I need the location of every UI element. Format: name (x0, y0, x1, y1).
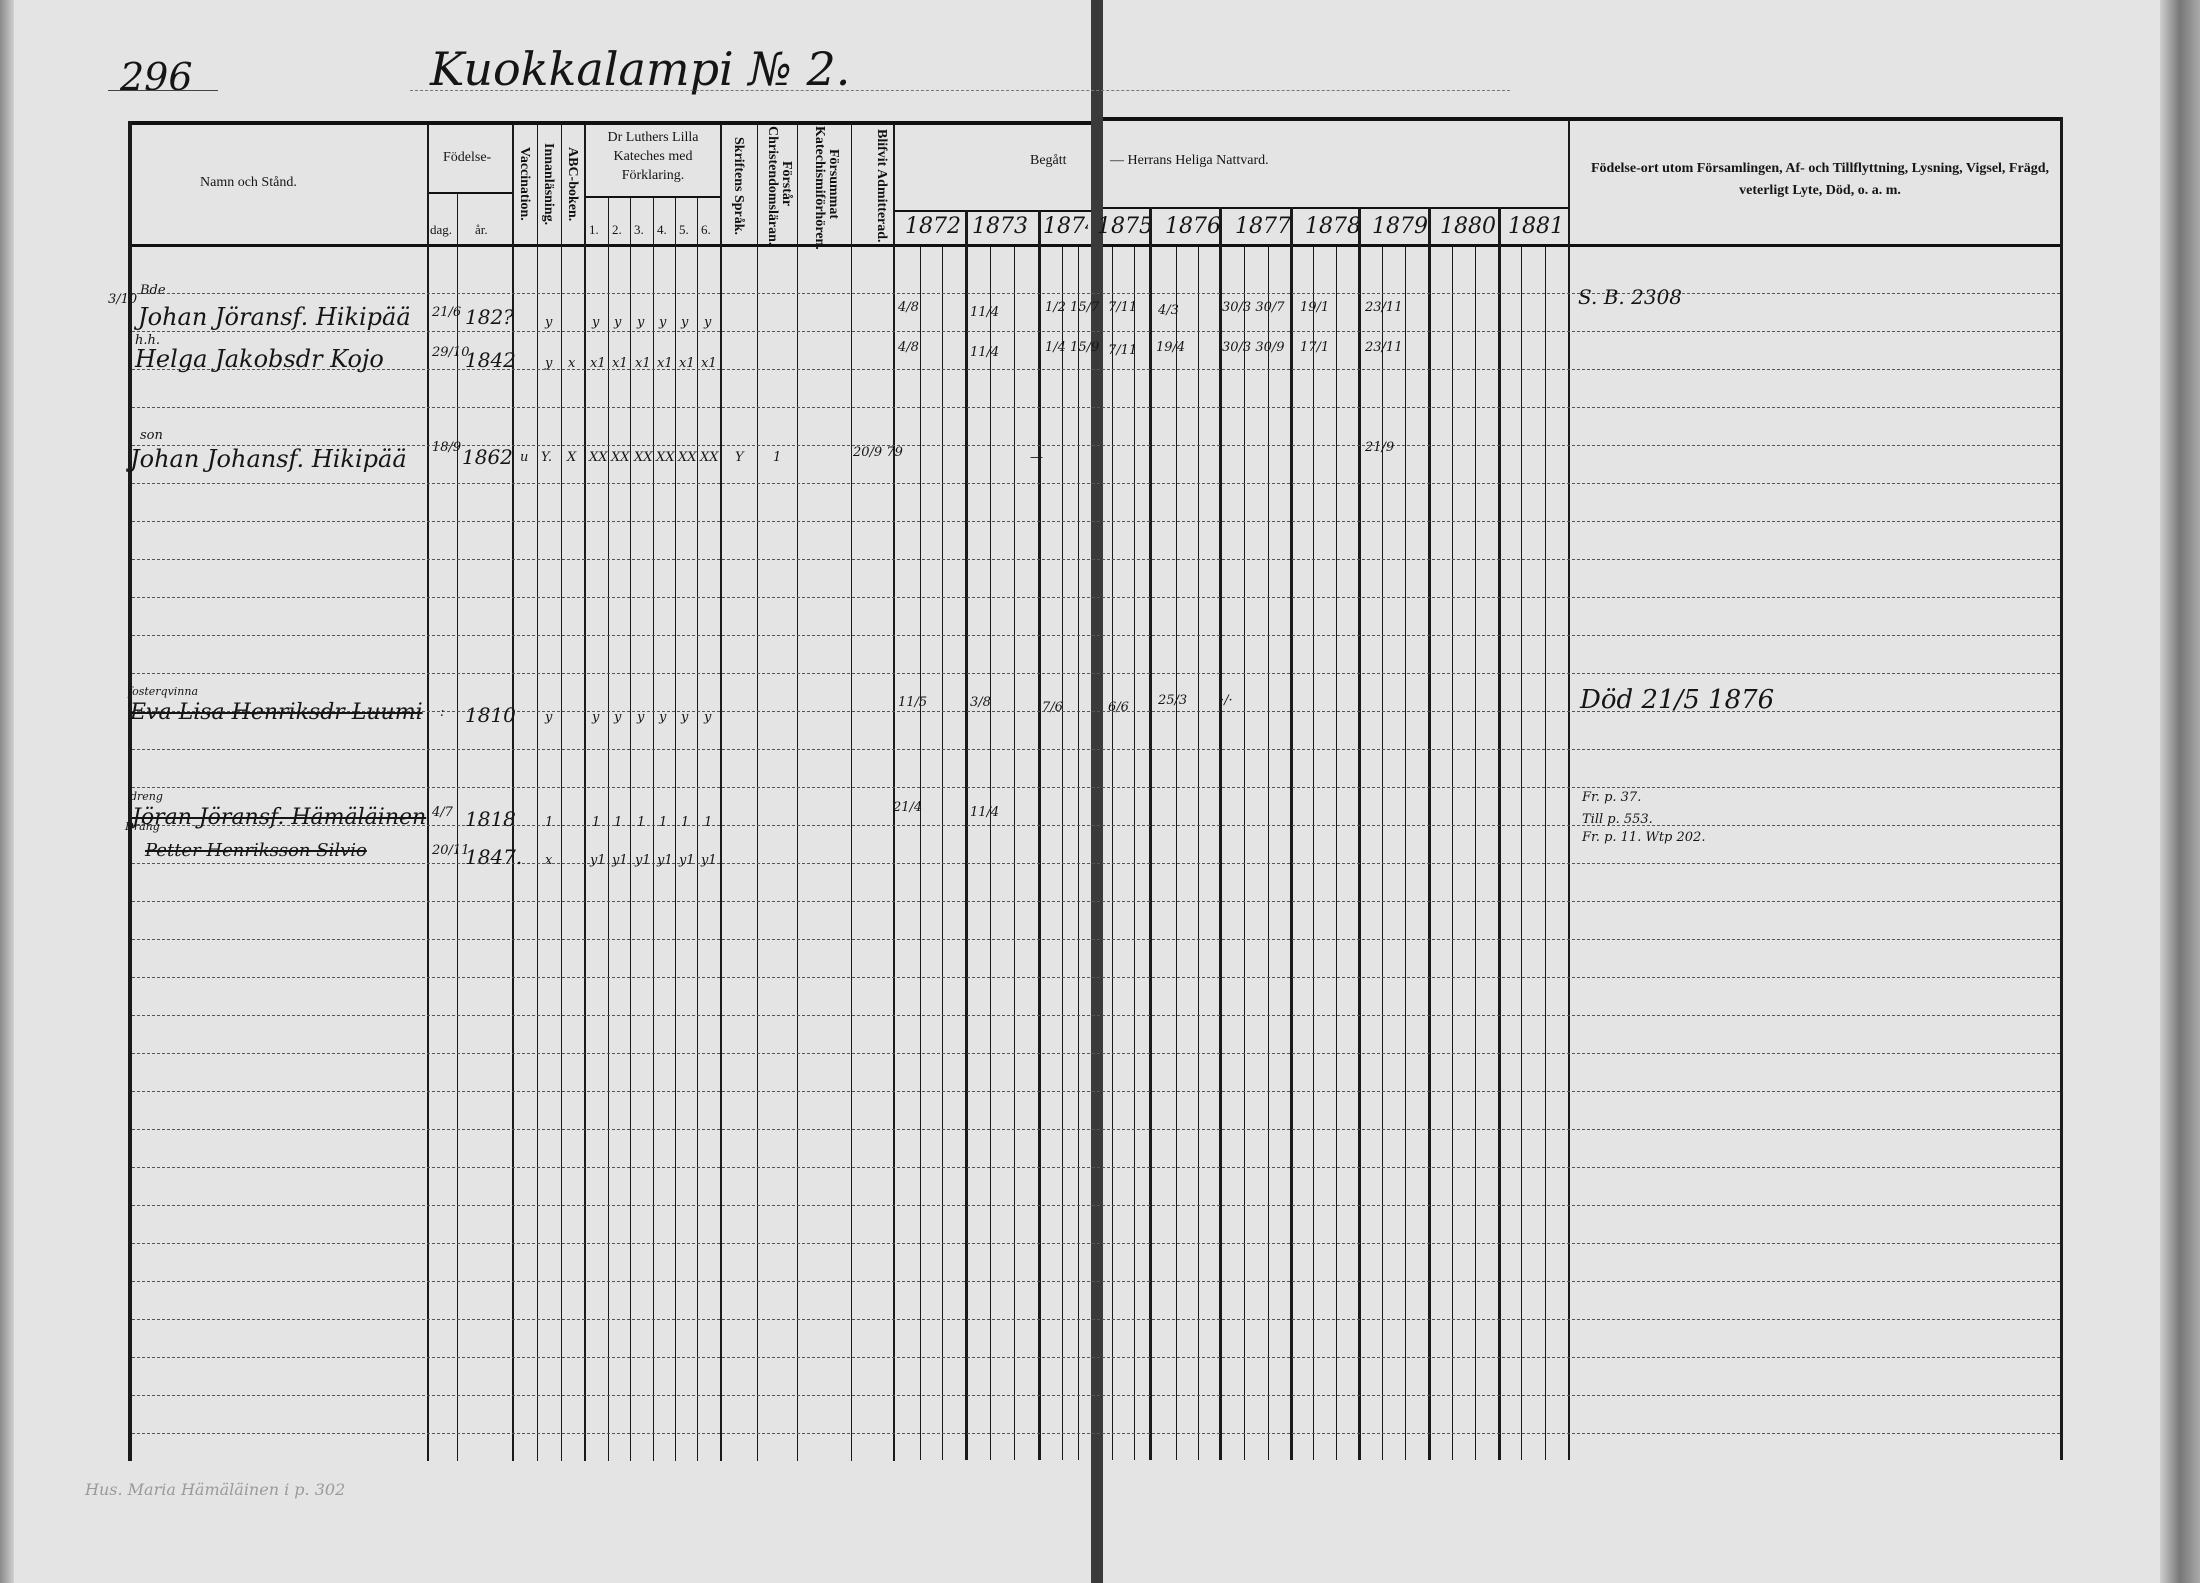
entry-remarks: Död 21/5 1876 (1580, 685, 1774, 715)
entry-forstar: 1 (773, 450, 781, 465)
col-divider-blifvit (893, 125, 895, 1461)
year-subdivider (1268, 247, 1269, 1460)
entry-innan: y (545, 710, 552, 725)
entry-cat: y (681, 315, 688, 330)
communion-1878: 19/1 (1300, 300, 1329, 315)
communion-1874: 1/4 15/9 (1045, 340, 1099, 355)
entry-name: Helga Jakobsdr Kojo (135, 345, 384, 373)
entry-birth-year: 1810 (465, 703, 516, 727)
entry-cat: y (704, 315, 711, 330)
col-divider-remarks (1568, 120, 1570, 1460)
header-cat-5: 5. (679, 222, 689, 238)
entry-remarks-line: Fr. p. 11. Wtp 202. (1582, 830, 1705, 845)
header-vaccination: Vaccination. (517, 128, 531, 240)
entry-cat: y1 (590, 853, 606, 868)
entry-birth-year: 1862 (462, 445, 513, 469)
entry-cat: 1 (614, 815, 622, 830)
title-underline (410, 90, 1510, 91)
header-cat-3: 3. (634, 222, 644, 238)
ruled-line (132, 445, 2060, 447)
ruled-line (132, 597, 2060, 599)
year-1881: 1881 (1508, 214, 1564, 239)
year-subdivider (1244, 247, 1245, 1460)
year-divider (1428, 207, 1431, 1460)
entry-cat: 1 (637, 815, 645, 830)
col-divider-cat1 (608, 197, 609, 1461)
year-subdivider (920, 247, 921, 1460)
year-subdivider (1545, 247, 1546, 1460)
header-cat-4: 4. (657, 222, 667, 238)
entry-cat: y1 (657, 853, 673, 868)
year-divider (1149, 207, 1152, 1460)
header-remarks: Födelse-ort utom Församlingen, Af- och T… (1580, 158, 2060, 202)
year-divider (1219, 207, 1222, 1460)
year-1873: 1873 (972, 214, 1028, 239)
entry-role: fosterqvinna (128, 685, 198, 698)
communion-1874: 7/6 (1042, 700, 1063, 715)
year-subdivider (1452, 247, 1453, 1460)
col-divider-innan (561, 125, 562, 1461)
entry-birth-year: 1847. (465, 845, 522, 869)
header-communion-left: Begått (1030, 153, 1067, 169)
communion-1876: 19/4 (1156, 340, 1185, 355)
year-subdivider (1475, 247, 1476, 1460)
table-top-border-left (128, 121, 1091, 125)
entry-skrift: Y (735, 450, 744, 465)
year-subdivider (1382, 247, 1383, 1460)
entry-cat: XX (634, 450, 653, 465)
year-subdivider (1313, 247, 1314, 1460)
ruled-line (132, 1395, 2060, 1397)
entry-cat: XX (678, 450, 697, 465)
entry-cat: y (614, 315, 621, 330)
header-bottom-border-right (1103, 244, 2063, 247)
ruled-line (132, 521, 2060, 523)
entry-role: dreng (130, 790, 163, 803)
ruled-line (132, 1281, 2060, 1283)
entry-cat: x1 (612, 356, 628, 371)
entry-cat: y (614, 710, 621, 725)
ruled-line (132, 369, 2060, 371)
page-number: 296 (120, 55, 193, 99)
col-divider-day (457, 193, 458, 1461)
year-1876: 1876 (1165, 214, 1221, 239)
entry-cat: y (681, 710, 688, 725)
ruled-line (132, 901, 2060, 903)
col-divider-name (427, 125, 429, 1461)
header-abc: ABC-boken. (565, 128, 579, 240)
entry-cat: x1 (679, 356, 695, 371)
entry-cat: y1 (679, 853, 695, 868)
book-spine-left-edge (0, 0, 14, 1583)
table-right-border (2060, 117, 2063, 1460)
footer-pencil-note: Hus. Maria Hämäläinen i p. 302 (85, 1480, 345, 1499)
header-cat-6: 6. (701, 222, 711, 238)
ruled-line (132, 559, 2060, 561)
col-divider-forsummat (851, 125, 852, 1461)
entry-abc: X (567, 450, 576, 465)
entry-cat: XX (611, 450, 630, 465)
ruled-line (132, 1205, 2060, 1207)
col-divider-cat6 (720, 125, 722, 1461)
communion-1872: 21/4 (893, 800, 922, 815)
col-divider-vacc (537, 125, 538, 1461)
year-divider (1290, 207, 1293, 1460)
entry-cat: 1 (592, 815, 600, 830)
entry-birth-day: 18/9 (432, 440, 461, 455)
year-subdivider (1078, 247, 1079, 1460)
ruled-line (132, 293, 2060, 295)
year-divider (1358, 207, 1361, 1460)
communion-1877: ·/· (1220, 693, 1233, 708)
entry-birth-day: 29/10 (432, 345, 469, 360)
ruled-line (132, 787, 2060, 789)
entry-innan: y (545, 356, 552, 371)
table-top-border-right (1103, 117, 2063, 121)
years-subheader-line-left (895, 210, 1091, 212)
ruled-line (132, 1167, 2060, 1169)
ruled-line (132, 977, 2060, 979)
col-divider-abc (584, 125, 586, 1461)
entry-abc: x (568, 356, 575, 371)
entry-margin-note: 3/10 (108, 292, 137, 307)
ruled-line (132, 1433, 2060, 1435)
col-divider-forstar (797, 125, 798, 1461)
col-divider-cat4 (675, 197, 676, 1461)
year-subdivider (1198, 247, 1199, 1460)
entry-birth-day: : (440, 705, 444, 720)
entry-cat: 1 (681, 815, 689, 830)
catechism-subheader-line (586, 196, 720, 198)
entry-name: Johan Johansf. Hikipää (130, 445, 407, 473)
ruled-line (132, 1091, 2060, 1093)
page-number-underline (108, 90, 218, 91)
entry-cat: 1 (704, 815, 712, 830)
year-1879: 1879 (1372, 214, 1428, 239)
entry-vacc: u (520, 450, 528, 465)
entry-cat: y (637, 315, 644, 330)
communion-1876: 25/3 (1158, 693, 1187, 708)
entry-admitted: 20/9 79 (853, 445, 903, 460)
ruled-line (132, 483, 2060, 485)
header-forstar: Förstår Christendomsläran. (763, 126, 793, 242)
entry-remarks: Fr. p. 37. (1582, 790, 1641, 805)
year-subdivider (990, 247, 991, 1460)
entry-birth-day: 20/11 (432, 843, 469, 858)
communion-1879: 23/11 (1365, 340, 1402, 355)
ruled-line (132, 1015, 2060, 1017)
year-1875: 1875 (1097, 214, 1153, 239)
year-subdivider (1405, 247, 1406, 1460)
ruled-line (132, 1129, 2060, 1131)
year-1872: 1872 (905, 214, 961, 239)
ruled-line (132, 1319, 2060, 1321)
year-subdivider (1336, 247, 1337, 1460)
year-subdivider (1062, 247, 1063, 1460)
communion-1877: 30/3 30/7 (1222, 300, 1285, 315)
header-birth-day: dag. (430, 222, 452, 238)
communion-1873: 11/4 (970, 305, 999, 320)
entry-name: Johan Jöransf. Hikipää (138, 303, 411, 331)
communion-1875: 7/11 (1108, 300, 1137, 315)
col-divider-cat2 (630, 197, 631, 1461)
col-divider-skrift (757, 125, 758, 1461)
entry-cat: y (637, 710, 644, 725)
entry-cat: y (592, 710, 599, 725)
communion-1872: 4/8 (898, 340, 919, 355)
entry-cat: y (659, 315, 666, 330)
entry-cat: x1 (635, 356, 651, 371)
entry-cat: 1 (659, 815, 667, 830)
entry-birth-year: 182? (465, 305, 514, 329)
entry-role: Dräng (125, 820, 160, 833)
year-1878: 1878 (1305, 214, 1361, 239)
header-forsummat: Försummat Katechismiförhören. (810, 126, 840, 242)
birth-subheader-line (429, 192, 512, 194)
entry-name: Petter Henriksson Silvio (145, 840, 367, 861)
ruled-line (132, 331, 2060, 333)
entry-cat: x1 (701, 356, 717, 371)
ruled-line (132, 673, 2060, 675)
entry-innan: Y. (541, 450, 552, 465)
ruled-line (132, 863, 2060, 865)
village-title: Kuokkalampi № 2. (430, 42, 850, 96)
entry-remarks: S. B. 2308 (1578, 285, 1682, 309)
entry-cat: XX (656, 450, 675, 465)
communion-1878: 17/1 (1300, 340, 1329, 355)
entry-innan: y (545, 315, 552, 330)
book-edge-right (2160, 0, 2200, 1583)
header-birth-group: Födelse- (443, 150, 491, 166)
communion-1874: 1/2 15/7 (1045, 300, 1099, 315)
entry-remarks-line: Till p. 553. (1582, 812, 1653, 827)
entry-innan: 1 (545, 815, 553, 830)
entry-role: Bde (140, 283, 166, 298)
entry-cat: x1 (657, 356, 673, 371)
header-cat-1: 1. (589, 222, 599, 238)
entry-role: son (140, 428, 163, 443)
entry-innan: x (545, 853, 552, 868)
communion-1876: 4/3 (1158, 303, 1179, 318)
communion-1875: 7/11 (1108, 343, 1137, 358)
year-subdivider (1112, 247, 1113, 1460)
entry-name: Eva Lisa Henriksdr Luumi (130, 700, 423, 725)
header-name-col: Namn och Stånd. (200, 175, 297, 191)
entry-cat: y1 (612, 853, 628, 868)
entry-cat: y1 (635, 853, 651, 868)
communion-1879: 21/9 (1365, 440, 1394, 455)
ruled-line (132, 407, 2060, 409)
ruled-line (132, 1053, 2060, 1055)
year-divider (965, 210, 968, 1460)
ruled-line (132, 939, 2060, 941)
entry-birth-year: 1818 (465, 807, 516, 831)
entry-birth-day: 21/6 (432, 305, 461, 320)
year-subdivider (1014, 247, 1015, 1460)
communion-1879: 23/11 (1365, 300, 1402, 315)
entry-birth-year: 1842 (465, 348, 516, 372)
header-birth-year: år. (475, 222, 488, 238)
year-subdivider (942, 247, 943, 1460)
header-cat-2: 2. (612, 222, 622, 238)
communion-1873: 11/4 (970, 345, 999, 360)
header-catechism-group: Dr Luthers Lilla Kateches med Förklaring… (588, 128, 718, 185)
ruled-line (132, 1357, 2060, 1359)
ruled-line (132, 1243, 2060, 1245)
communion-1873: 11/4 (970, 805, 999, 820)
communion-1875: 6/6 (1108, 700, 1129, 715)
year-1880: 1880 (1440, 214, 1496, 239)
year-divider (1498, 207, 1501, 1460)
communion-1877: 30/3 30/9 (1222, 340, 1285, 355)
year-divider (1038, 210, 1041, 1460)
entry-cat: y (704, 710, 711, 725)
entry-cat: x1 (590, 356, 606, 371)
entry-cat: y1 (701, 853, 717, 868)
header-innanlasning: Innanläsning. (541, 128, 555, 240)
entry-birth-day: 4/7 (432, 805, 453, 820)
header-blifvit: Blifvit Admitterad. (858, 128, 888, 244)
entry-cat: y (592, 315, 599, 330)
communion-1872: 11/5 (898, 695, 927, 710)
ruled-line (132, 749, 2060, 751)
col-divider-cat5 (697, 197, 698, 1461)
col-divider-cat3 (653, 197, 654, 1461)
year-subdivider (1134, 247, 1135, 1460)
header-communion-right: — Herrans Heliga Nattvard. (1110, 153, 1269, 169)
communion-1872: 4/8 (898, 300, 919, 315)
year-subdivider (1521, 247, 1522, 1460)
communion-1873: 3/8 (970, 695, 991, 710)
year-subdivider (1176, 247, 1177, 1460)
entry-name: Jöran Jöransf. Hämäläinen (132, 805, 426, 830)
header-skriftens-sprak: Skriftens Språk. (731, 128, 745, 244)
header-bottom-border-left (128, 244, 1091, 247)
year-1877: 1877 (1235, 214, 1291, 239)
entry-cat: y (659, 710, 666, 725)
communion-1874: — (1030, 450, 1043, 465)
entry-cat: XX (589, 450, 608, 465)
year-1874: 1874 (1043, 214, 1088, 239)
entry-cat: XX (700, 450, 719, 465)
ruled-line (132, 635, 2060, 637)
